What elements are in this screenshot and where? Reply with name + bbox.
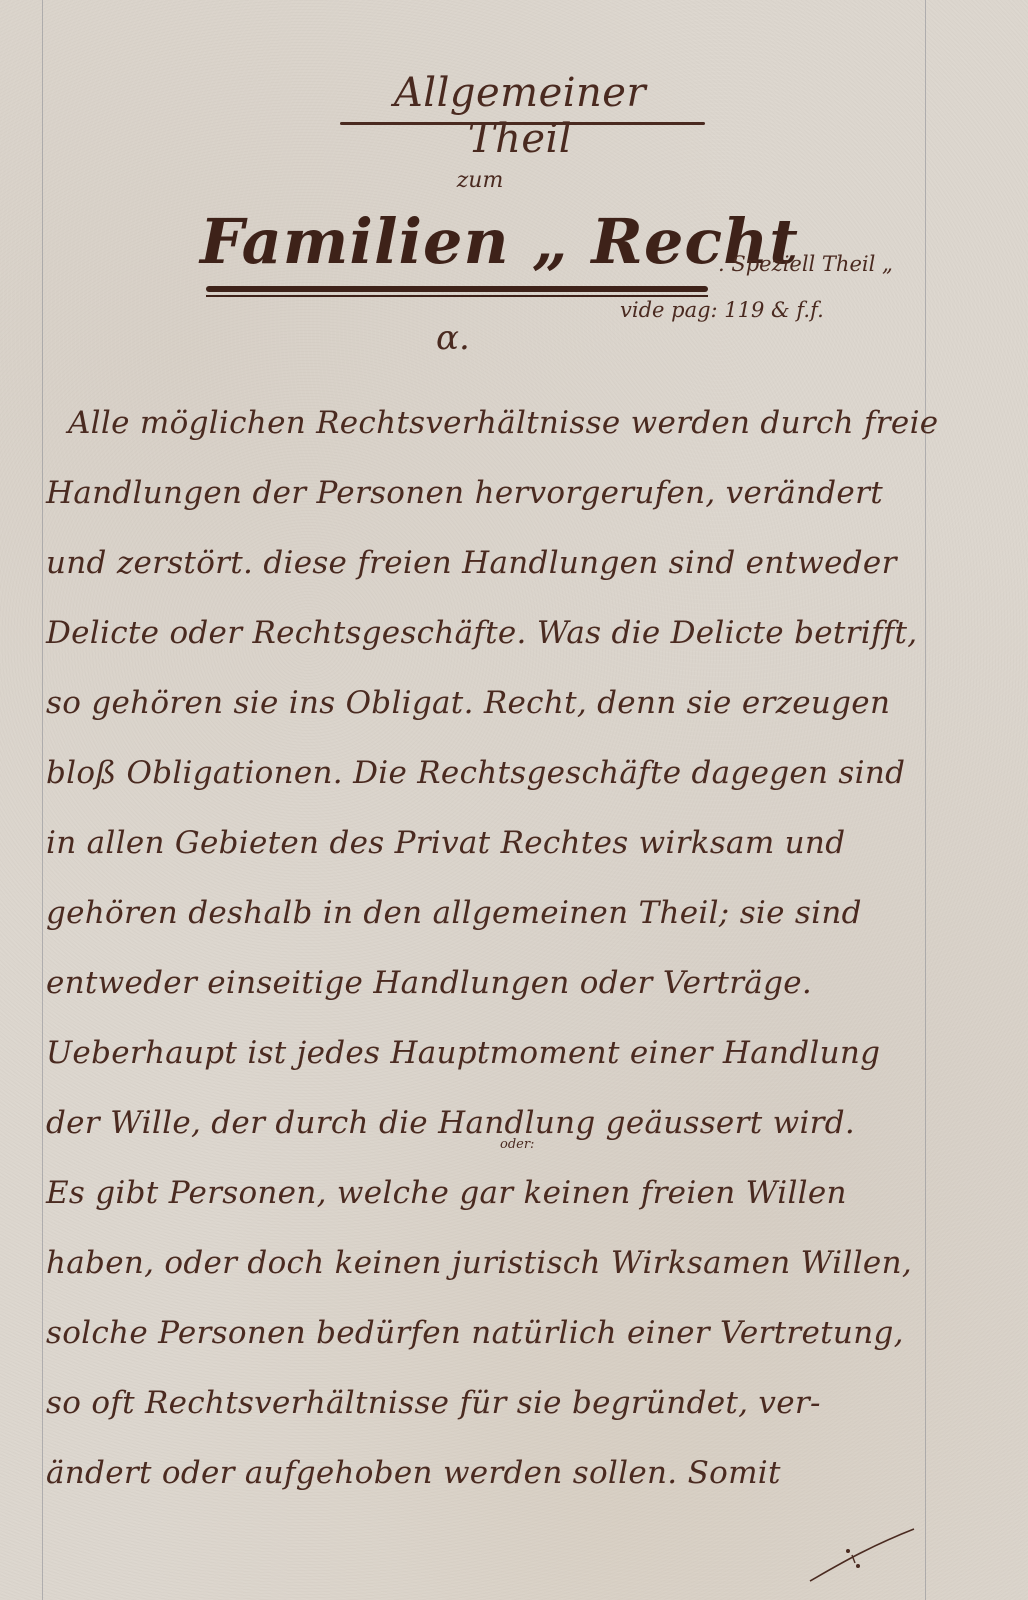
manuscript-page: Allgemeiner Theil zum Familien „ Recht .… xyxy=(0,0,1028,1600)
text-line: Ueberhaupt ist jedes Hauptmoment einer H… xyxy=(46,1018,926,1088)
text-line: entweder einseitige Handlungen oder Vert… xyxy=(46,948,926,1018)
heading-underline xyxy=(340,122,705,125)
text-line: Handlungen der Personen hervorgerufen, v… xyxy=(46,458,926,528)
page-title: Familien „ Recht xyxy=(200,205,720,278)
closing-flourish-icon xyxy=(808,1525,918,1585)
text-line: so gehören sie ins Obligat. Recht, denn … xyxy=(46,668,926,738)
margin-note-special-part: . Speziell Theil „ xyxy=(718,252,893,276)
interlinear-correction: oder: xyxy=(500,1138,534,1151)
text-line: ändert oder aufgehoben werden sollen. So… xyxy=(46,1438,926,1508)
left-margin-rule xyxy=(42,0,43,1600)
text-line: solche Personen bedürfen natürlich einer… xyxy=(46,1298,926,1368)
title-underline-thin xyxy=(206,295,708,297)
text-line: der Wille, der durch die Handlung geäuss… xyxy=(46,1088,926,1158)
text-line: so oft Rechtsverhältnisse für sie begrün… xyxy=(46,1368,926,1438)
manuscript-body: Alle möglichen Rechtsverhältnisse werden… xyxy=(46,388,926,1508)
text-line: und zerstört. diese freien Handlungen si… xyxy=(46,528,926,598)
text-line: in allen Gebieten des Privat Rechtes wir… xyxy=(46,808,926,878)
title-underline-thick xyxy=(206,286,708,292)
text-line: haben, oder doch keinen juristisch Wirks… xyxy=(46,1228,926,1298)
text-line: Es gibt Personen, welche gar keinen frei… xyxy=(46,1158,926,1228)
section-heading: Allgemeiner Theil xyxy=(340,70,700,162)
section-mark: α. xyxy=(436,318,470,358)
text-line: Delicte oder Rechtsgeschäfte. Was die De… xyxy=(46,598,926,668)
margin-note-page-reference: vide pag: 119 & f.f. xyxy=(620,298,824,322)
heading-connector: zum xyxy=(420,168,540,193)
text-line: bloß Obligationen. Die Rechtsgeschäfte d… xyxy=(46,738,926,808)
text-line: Alle möglichen Rechtsverhältnisse werden… xyxy=(46,388,926,458)
text-line: gehören deshalb in den allgemeinen Theil… xyxy=(46,878,926,948)
